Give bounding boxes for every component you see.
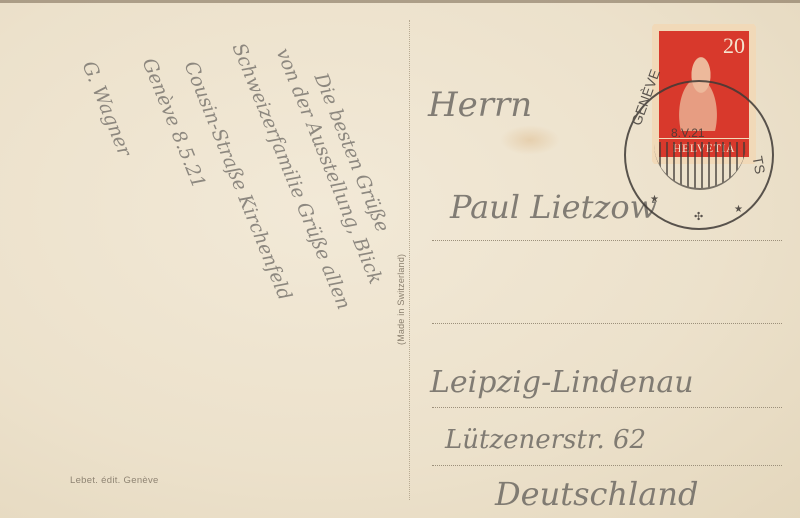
address-country: Deutschland xyxy=(495,475,698,513)
publisher-imprint: Lebet. édit. Genève xyxy=(70,475,159,486)
address-salutation: Herrn xyxy=(428,85,532,125)
swiss-cross-icon: ✣ xyxy=(694,210,703,223)
postmark: GENÈVE TS 8.V.21 ★ ★ ✣ xyxy=(624,80,774,230)
message-signature: G. Wagner xyxy=(78,58,136,159)
made-in-imprint: (Made in Switzerland) xyxy=(396,254,406,345)
address-city: Leipzig-Lindenau xyxy=(430,365,694,400)
address-name: Paul Lietzow xyxy=(450,188,657,226)
postmark-city: GENÈVE xyxy=(628,67,663,127)
postmark-suffix: TS xyxy=(750,155,769,175)
address-line-3 xyxy=(432,407,782,408)
paper-stain xyxy=(500,125,560,155)
postmark-inner-arc xyxy=(654,142,746,190)
postmark-date: 8.V.21 xyxy=(671,126,705,140)
star-icon: ★ xyxy=(650,194,659,205)
postcard-back: (Made in Switzerland) Lebet. édit. Genèv… xyxy=(0,0,800,518)
address-line-2 xyxy=(432,323,782,324)
star-icon: ★ xyxy=(734,204,743,215)
address-street: Lützenerstr. 62 xyxy=(445,425,646,455)
message-address-divider xyxy=(409,20,410,500)
address-line-1 xyxy=(432,240,782,241)
address-line-4 xyxy=(432,465,782,466)
